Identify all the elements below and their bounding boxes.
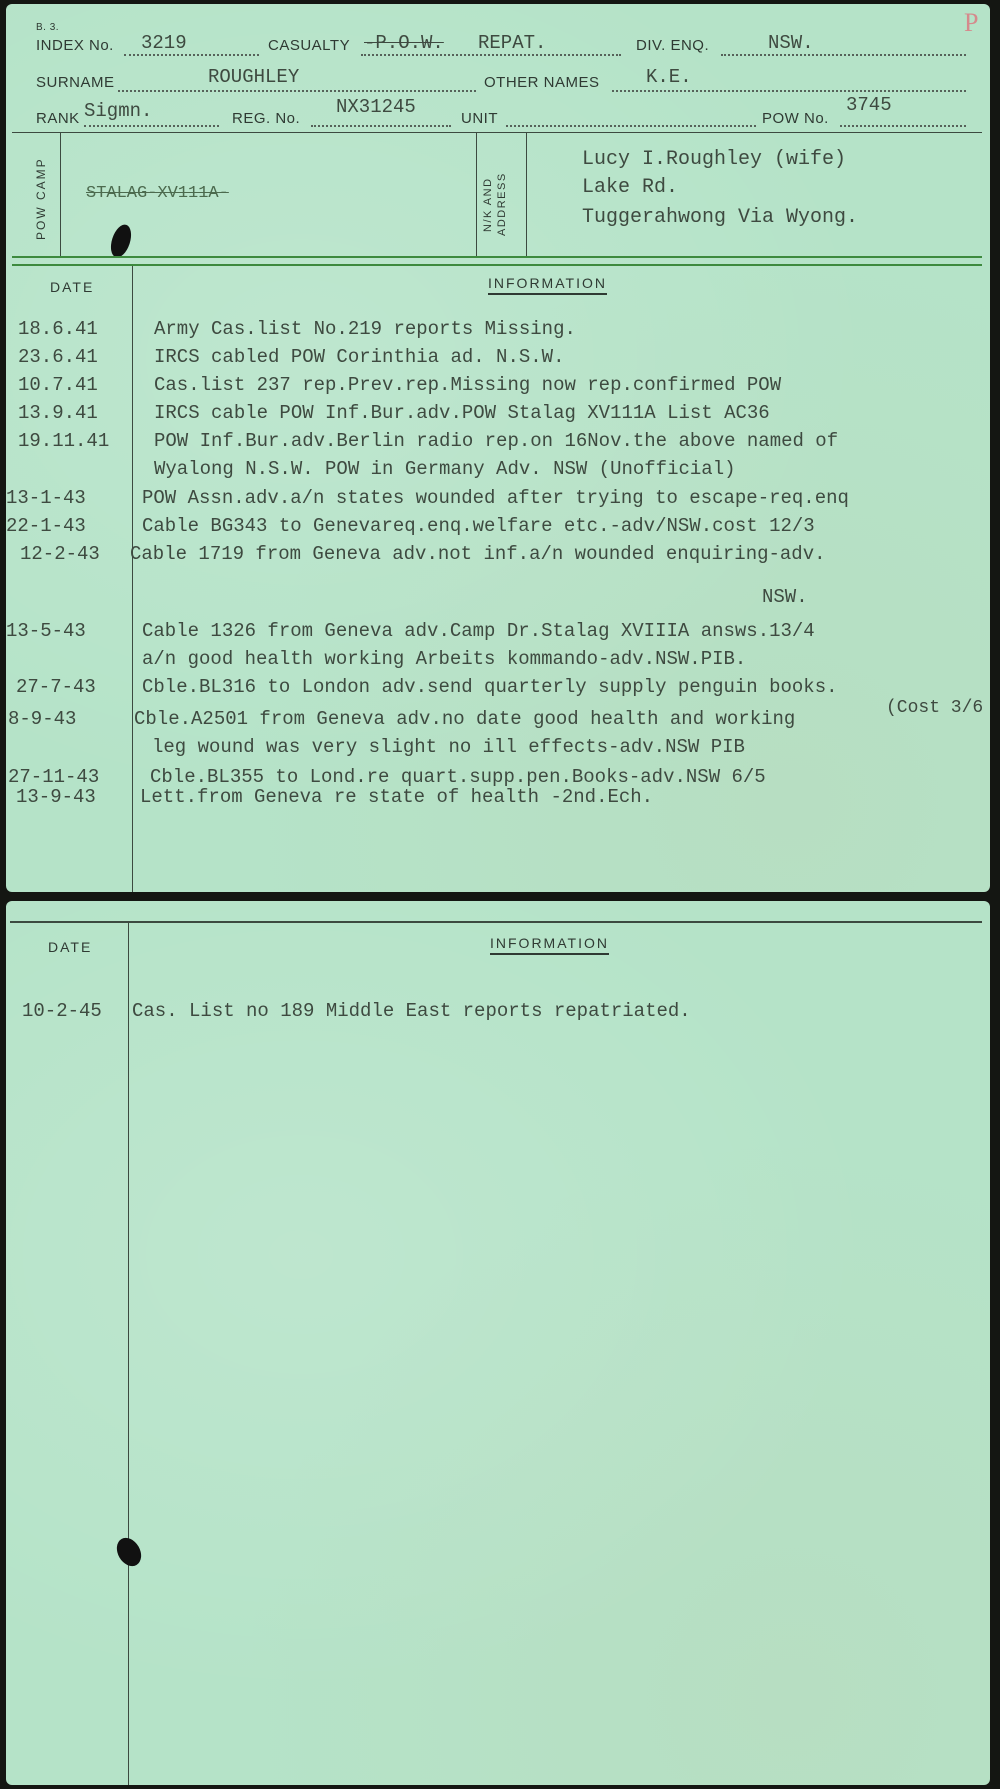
row-info-continued: Wyalong N.S.W. POW in Germany Adv. NSW (… — [154, 458, 736, 480]
casualty-label: CASUALTY — [268, 37, 350, 54]
nk-divider-right — [526, 132, 527, 258]
row-date: 13.9.41 — [18, 402, 98, 424]
row-info-continued: a/n good health working Arbeits kommando… — [142, 648, 746, 670]
nk-address-line-2: Lake Rd. — [582, 176, 678, 199]
other-names-label: OTHER NAMES — [484, 74, 600, 91]
rank-label: RANK — [36, 110, 80, 127]
unit-dotted-line — [506, 125, 756, 127]
unit-label: UNIT — [461, 110, 498, 127]
row-info: IRCS cable POW Inf.Bur.adv.POW Stalag XV… — [154, 402, 770, 424]
row-date: 27-11-43 — [8, 766, 99, 788]
row-date: 10-2-45 — [22, 1000, 102, 1022]
reg-no-label: REG. No. — [232, 110, 300, 127]
surname-value: ROUGHLEY — [208, 66, 299, 88]
index-value: 3219 — [141, 32, 187, 54]
row-date: 13-5-43 — [6, 620, 86, 642]
pow-no-dotted-line — [840, 125, 966, 127]
punch-hole — [112, 1534, 146, 1571]
pow-camp-value: STALAG-XV111A- — [86, 184, 229, 203]
row-info-continued: leg wound was very slight no ill effects… — [152, 736, 745, 758]
row-date: 12-2-43 — [20, 543, 100, 565]
row-date: 10.7.41 — [18, 374, 98, 396]
surname-dotted-line — [118, 90, 476, 92]
row-info: Cble.A2501 from Geneva adv.no date good … — [134, 708, 795, 730]
div-enq-label: DIV. ENQ. — [636, 37, 709, 54]
date-header: DATE — [50, 279, 94, 295]
pow-camp-label: POW CAMP — [34, 157, 48, 240]
row-info: POW Assn.adv.a/n states wounded after tr… — [142, 487, 849, 509]
row-date: 13-1-43 — [6, 487, 86, 509]
casualty-struck-value: -P.O.W. — [364, 32, 444, 54]
div-enq-value: NSW. — [768, 32, 814, 54]
index-label: INDEX No. — [36, 37, 114, 54]
row-info: Cable BG343 to Genevareq.enq.welfare etc… — [142, 515, 815, 537]
row-info: Lett.from Geneva re state of health -2nd… — [140, 786, 653, 808]
row-info-continued: NSW. — [762, 586, 808, 608]
nk-label-line2: ADDRESS — [496, 172, 508, 236]
row-date: 18.6.41 — [18, 318, 98, 340]
row-date: 13-9-43 — [16, 786, 96, 808]
row-date: 23.6.41 — [18, 346, 98, 368]
nk-address-line-3: Tuggerahwong Via Wyong. — [582, 206, 858, 229]
row-info: Cble.BL316 to London adv.send quarterly … — [142, 676, 838, 698]
row-info: IRCS cabled POW Corinthia ad. N.S.W. — [154, 346, 564, 368]
row-info: POW Inf.Bur.adv.Berlin radio rep.on 16No… — [154, 430, 838, 452]
row-date: 27-7-43 — [16, 676, 96, 698]
row-date: 8-9-43 — [8, 708, 76, 730]
section-rule — [12, 132, 982, 133]
date-header: DATE — [48, 939, 92, 955]
other-names-value: K.E. — [646, 66, 692, 88]
double-green-rule — [12, 256, 982, 266]
margin-note: (Cost 3/6 — [886, 698, 983, 718]
rank-value: Sigmn. — [84, 100, 152, 122]
top-rule — [10, 921, 982, 923]
other-names-dotted-line — [612, 90, 966, 92]
casualty-dotted-line — [361, 54, 621, 56]
row-info: Cas. List no 189 Middle East reports rep… — [132, 1000, 691, 1022]
row-date: 22-1-43 — [6, 515, 86, 537]
row-info: Cble.BL355 to Lond.re quart.supp.pen.Boo… — [150, 766, 766, 788]
nk-label-line1: N/K AND — [482, 177, 494, 232]
rank-dotted-line — [84, 125, 219, 127]
corner-mark: P — [964, 8, 978, 38]
row-info: Cable 1719 from Geneva adv.not inf.a/n w… — [130, 543, 826, 565]
record-card-back: DATE INFORMATION 10-2-45 Cas. List no 18… — [6, 901, 990, 1785]
pow-no-value: 3745 — [846, 94, 892, 116]
record-card-front: B. 3. P INDEX No. 3219 CASUALTY -P.O.W. … — [6, 4, 990, 892]
nk-divider-left — [476, 132, 477, 258]
div-enq-dotted-line — [721, 54, 966, 56]
punch-hole — [107, 222, 135, 260]
reg-no-dotted-line — [311, 125, 451, 127]
row-info: Cas.list 237 rep.Prev.rep.Missing now re… — [154, 374, 781, 396]
date-column-divider — [132, 266, 133, 892]
casualty-value: REPAT. — [478, 32, 546, 54]
pow-no-label: POW No. — [762, 110, 829, 127]
row-info: Army Cas.list No.219 reports Missing. — [154, 318, 576, 340]
row-info: Cable 1326 from Geneva adv.Camp Dr.Stala… — [142, 620, 815, 642]
nk-address-line-1: Lucy I.Roughley (wife) — [582, 148, 846, 171]
index-dotted-line — [124, 54, 259, 56]
surname-label: SURNAME — [36, 74, 115, 91]
row-date: 19.11.41 — [18, 430, 109, 452]
information-header: INFORMATION — [488, 275, 607, 295]
date-column-divider — [128, 921, 129, 1785]
reg-no-value: NX31245 — [336, 96, 416, 118]
form-code: B. 3. — [36, 22, 59, 33]
information-header: INFORMATION — [490, 935, 609, 955]
pow-camp-divider — [60, 132, 61, 258]
